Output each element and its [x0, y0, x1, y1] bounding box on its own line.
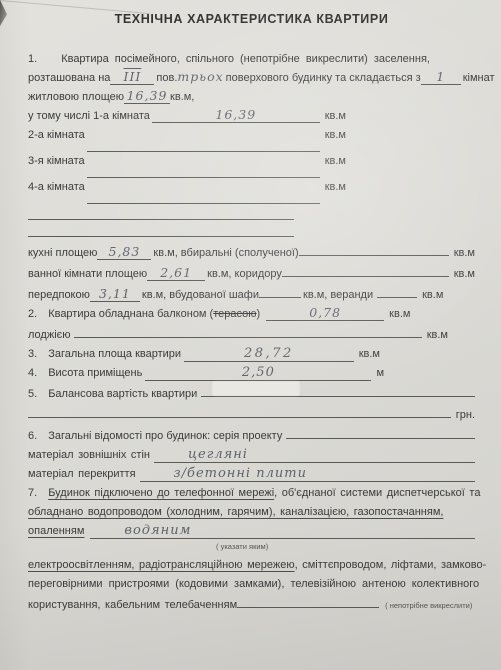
document-title: ТЕХНІЧНА ХАРАКТЕРИСТИКА КВАРТИРИ [28, 12, 475, 26]
cable-tv-line: користування, кабельним телебаченням ( н… [28, 594, 475, 615]
cable-tv-label: користування, кабельним телебаченням [28, 596, 237, 615]
item1-located-pre: розташована на [28, 69, 110, 88]
correction-tape [213, 382, 299, 395]
item7-number: 7. [28, 484, 37, 503]
room1-area-handwritten: 16,39 [215, 109, 256, 121]
item6-block: 6. Загальні відомості про будинок: серія… [28, 425, 475, 484]
item5-label: Балансова вартість квартири [48, 385, 197, 404]
kitchen-mid: кв.м, вбиральні (сполученої) [153, 244, 298, 263]
field-bathroom-area: 2,61 [147, 267, 205, 281]
loggia-unit: кв.м [427, 326, 448, 345]
item2-struck-word: терасою [213, 305, 256, 324]
field-walls-material: цегляні [154, 449, 475, 463]
hint-cross-out: ( непотрібне викреслити) [385, 596, 472, 615]
room3-unit: кв.м [325, 152, 346, 171]
scanned-form-page: ТЕХНІЧНА ХАРАКТЕРИСТИКА КВАРТИРИ 1. Квар… [0, 0, 501, 670]
item7-line1: 7. Будинок підключено до телефонної мере… [28, 484, 475, 503]
item7-line2: обладнано водопроводом (холодним, гарячи… [28, 503, 475, 522]
item7-line4-underlined: електроосвітленням, радіотрансляційною м… [28, 556, 295, 575]
balance-value-line: 5. Балансова вартість квартири [28, 383, 475, 404]
hallway-mid2: кв.м, веранди [303, 286, 373, 305]
field-project-series [286, 425, 475, 439]
item3-label: Загальна площа квартири [48, 345, 181, 364]
item2-unit: кв.м [389, 305, 410, 324]
field-room2-area [87, 138, 320, 152]
room1-label: у тому числі 1-а кімната [28, 107, 150, 126]
field-living-area: 16,39 [124, 90, 170, 104]
empty-rule-2 [28, 223, 294, 237]
item1-located-mid: пов. [156, 69, 177, 88]
room1-line: у тому числі 1-а кімната 16,39 кв.м [28, 107, 346, 126]
slab-material-handwritten: з/бетонні плити [174, 468, 307, 480]
item1-located-mid2: поверхового будинку та складається з [226, 69, 421, 88]
item1-line1-text: Квартира посімейного, спільного (непотрі… [61, 50, 430, 69]
bathroom-line: ванної кімнати площею 2,61 кв.м, коридор… [28, 263, 475, 284]
field-room4-area [87, 190, 320, 204]
item5-unit: грн. [456, 406, 475, 425]
hallway-label: передпокою [28, 286, 90, 305]
room4-label: 4-а кімната [28, 178, 85, 197]
field-wardrobe-area [259, 284, 301, 298]
ceiling-height-handwritten: 2,50 [242, 367, 275, 379]
storeys-handwritten: трьох [177, 71, 223, 83]
hint-specify-which: ( указати яким) [28, 541, 475, 553]
item1-located-post: кімнат [463, 69, 495, 88]
field-kitchen-area: 5,83 [97, 246, 151, 260]
room3-label: 3-я кімната [28, 152, 85, 171]
room4-line: 4-а кімната кв.м [28, 178, 346, 204]
project-series-line: 6. Загальні відомості про будинок: серія… [28, 425, 475, 446]
total-area-handwritten: 28,72 [244, 348, 294, 360]
item7-line1-underlined: Будинок підключено до телефонної мережі [48, 484, 274, 503]
rooms-count-handwritten: 1 [436, 71, 445, 83]
blank-line-1 [28, 206, 475, 223]
item7-line4-rest: , сміттєпроводом, ліфтами, замково- [295, 556, 487, 575]
balcony-area-handwritten: 0,78 [309, 307, 341, 319]
room3-line: 3-я кімната кв.м [28, 152, 346, 178]
item4-unit: м [376, 364, 384, 383]
field-loggia-area [74, 324, 422, 338]
item4-label: Висота приміщень [48, 364, 142, 383]
bathroom-mid: кв.м, коридору [207, 265, 282, 284]
total-area-line: 3. Загальна площа квартири 28,72 кв.м [28, 345, 380, 364]
room4-unit: кв.м [325, 178, 346, 197]
item4-number: 4. [28, 364, 37, 383]
bathroom-area-handwritten: 2,61 [160, 267, 192, 279]
item1-paragraph: 1. Квартира посімейного, спільного (непо… [28, 50, 475, 107]
item5-number: 5. [28, 385, 37, 404]
item6-label: Загальні відомості про будинок: серія пр… [48, 427, 282, 446]
heating-label: опаленням [28, 522, 84, 541]
bathroom-unit: кв.м [454, 265, 475, 284]
room2-unit: кв.м [325, 126, 346, 145]
item6-number: 6. [28, 427, 37, 446]
field-rooms-count: 1 [421, 71, 461, 85]
hallway-mid1: кв.м, вбудованої шафи [142, 286, 259, 305]
loggia-label: лоджією [28, 326, 71, 345]
balcony-line: 2. Квартира обладнана балконом (терасою)… [28, 305, 475, 324]
floor-handwritten: ІІІ [124, 71, 142, 83]
blank-line-2 [28, 223, 475, 240]
loggia-line: лоджією кв.м [28, 324, 448, 345]
walls-material-handwritten: цегляні [188, 449, 248, 461]
item1-living-pre: житловою площею [28, 88, 124, 107]
item1-living-post: кв.м, [170, 88, 194, 107]
room2-line: 2-а кімната кв.м [28, 126, 346, 152]
kitchen-label: кухні площею [28, 244, 97, 263]
item3-unit: кв.м [359, 345, 380, 364]
field-balcony-area: 0,78 [266, 307, 384, 321]
kitchen-line: кухні площею 5,83 кв.м, вбиральні (сполу… [28, 242, 475, 263]
field-floor: ІІІ [110, 71, 154, 85]
balance-value-line2: грн. [28, 404, 475, 425]
field-ceiling-height: 2,50 [145, 367, 371, 381]
field-heating-type: водяним [90, 525, 475, 539]
field-lavatory-area [299, 242, 449, 256]
room2-label: 2-а кімната [28, 126, 85, 145]
kitchen-area-handwritten: 5,83 [109, 246, 141, 258]
item7-line1-rest: , об'єднаної системи диспетчерської та [274, 484, 480, 503]
item7-line4: електроосвітленням, радіотрансляційною м… [28, 556, 475, 575]
slab-material-line: матеріал перекриття з/бетонні плити [28, 465, 475, 484]
item3-number: 3. [28, 345, 37, 364]
item2-number: 2. [28, 305, 37, 324]
walls-material-line: матеріал зовнішніх стін цегляні [28, 446, 475, 465]
heating-line: опаленням водяним [28, 522, 475, 541]
field-total-area: 28,72 [184, 348, 354, 362]
heating-type-handwritten: водяним [124, 525, 191, 537]
field-balance-value [201, 383, 475, 397]
field-slab-material: з/бетонні плити [140, 468, 475, 482]
slab-label: матеріал перекриття [28, 465, 136, 484]
field-balance-value-cont [28, 404, 451, 418]
item1-number: 1. [28, 50, 37, 69]
areas-block: кухні площею 5,83 кв.м, вбиральні (сполу… [28, 242, 475, 305]
field-hallway-area: 3,11 [90, 288, 140, 302]
kitchen-unit: кв.м [454, 244, 475, 263]
field-corridor-area [282, 263, 449, 277]
field-cable-tv [237, 594, 379, 608]
item7-block: 7. Будинок підключено до телефонної мере… [28, 484, 475, 615]
item7-line2-underlined: обладнано водопроводом (холодним, гарячи… [28, 503, 443, 522]
room1-unit: кв.м [325, 107, 346, 126]
field-veranda-area [377, 284, 417, 298]
hallway-area-handwritten: 3,11 [99, 288, 131, 300]
item7-line5-text: переговірними пристроями (кодовими замка… [28, 575, 479, 594]
item2-pre: Квартира обладнана балконом ( [48, 305, 213, 324]
form-content: ТЕХНІЧНА ХАРАКТЕРИСТИКА КВАРТИРИ 1. Квар… [0, 0, 501, 670]
item2-block: 2. Квартира обладнана балконом (терасою)… [28, 305, 475, 345]
living-area-handwritten: 16,39 [127, 90, 168, 102]
item7-line5: переговірними пристроями (кодовими замка… [28, 575, 475, 594]
field-room3-area [87, 164, 320, 178]
hallway-line: передпокою 3,11 кв.м, вбудованої шафи кв… [28, 284, 475, 305]
empty-rule-1 [28, 206, 294, 220]
rooms-list: у тому числі 1-а кімната 16,39 кв.м 2-а … [28, 107, 475, 240]
hallway-unit: кв.м [422, 286, 443, 305]
bathroom-label: ванної кімнати площею [28, 265, 147, 284]
walls-label: матеріал зовнішніх стін [28, 446, 150, 465]
field-room1-area: 16,39 [152, 109, 320, 123]
item2-post: ) [256, 305, 260, 324]
height-line: 4. Висота приміщень 2,50 м [28, 364, 384, 383]
